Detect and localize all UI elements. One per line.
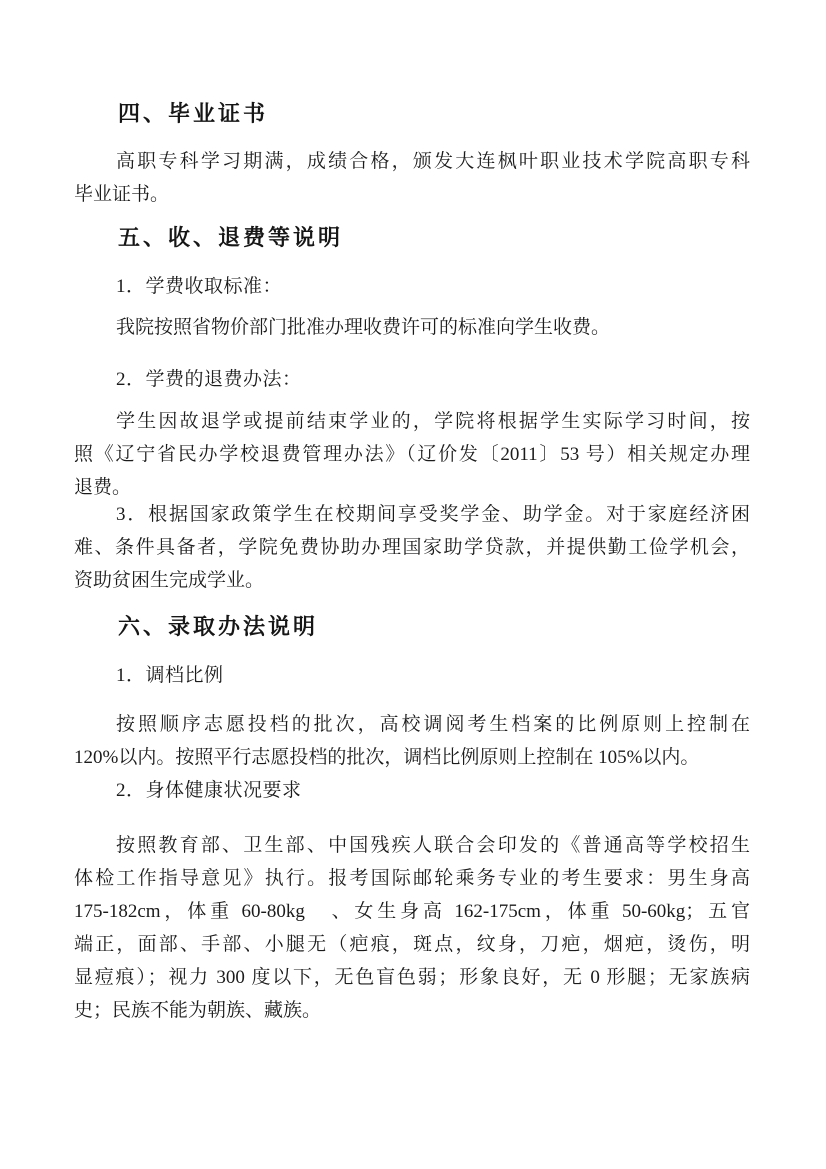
paragraph-line: 175-182cm，体重 60-80kg 、女生身高 162-175cm，体重 … (74, 895, 750, 928)
paragraph-line: 毕业证书。 (74, 178, 750, 211)
paragraph-line: 显痘痕）；视力 300 度以下，无色盲色弱；形象良好，无 0 形腿；无家族病 (74, 961, 750, 994)
paragraph-tuition-standard: 我院按照省物价部门批准办理收费许可的标准向学生收费。 (74, 311, 750, 344)
section-heading-graduation-certificate: 四、毕业证书 (74, 98, 750, 131)
paragraph-line: 按照顺序志愿投档的批次，高校调阅考生档案的比例原则上控制在 (74, 708, 750, 741)
paragraph-line: 照《辽宁省民办学校退费管理办法》（辽价发〔2011〕53 号）相关规定办理 (74, 438, 750, 471)
section-heading-admission: 六、录取办法说明 (74, 611, 750, 644)
paragraph-line: 资助贫困生完成学业。 (74, 564, 750, 597)
paragraph-line: 120%以内。按照平行志愿投档的批次，调档比例原则上控制在 105%以内。 (74, 741, 750, 774)
paragraph-line: 3．根据国家政策学生在校期间享受奖学金、助学金。对于家庭经济困 (74, 498, 750, 531)
paragraph-file-ratio: 按照顺序志愿投档的批次，高校调阅考生档案的比例原则上控制在 120%以内。按照平… (74, 708, 750, 774)
list-item-health-requirement: 2．身体健康状况要求 (74, 774, 750, 807)
paragraph-line: 端正，面部、手部、小腿无（疤痕，斑点，纹身，刀疤，烟疤，烫伤，明 (74, 928, 750, 961)
paragraph-graduation: 高职专科学习期满，成绩合格，颁发大连枫叶职业技术学院高职专科 毕业证书。 (74, 145, 750, 211)
paragraph-refund: 学生因故退学或提前结束学业的，学院将根据学生实际学习时间，按 照《辽宁省民办学校… (74, 405, 750, 504)
paragraph-line: 难、条件具备者，学院免费协助办理国家助学贷款，并提供勤工俭学机会， (74, 531, 750, 564)
paragraph-line: 按照教育部、卫生部、中国残疾人联合会印发的《普通高等学校招生 (74, 829, 750, 862)
section-heading-fees: 五、收、退费等说明 (74, 222, 750, 255)
paragraph-line: 高职专科学习期满，成绩合格，颁发大连枫叶职业技术学院高职专科 (74, 145, 750, 178)
list-item-tuition-standard: 1．学费收取标准： (74, 270, 750, 303)
paragraph-line: 我院按照省物价部门批准办理收费许可的标准向学生收费。 (74, 311, 750, 344)
paragraph-line: 学生因故退学或提前结束学业的，学院将根据学生实际学习时间，按 (74, 405, 750, 438)
list-item-refund-method: 2．学费的退费办法： (74, 363, 750, 396)
paragraph-scholarship: 3．根据国家政策学生在校期间享受奖学金、助学金。对于家庭经济困 难、条件具备者，… (74, 498, 750, 597)
paragraph-health-requirement: 按照教育部、卫生部、中国残疾人联合会印发的《普通高等学校招生 体检工作指导意见》… (74, 829, 750, 1027)
document-page: 四、毕业证书 高职专科学习期满，成绩合格，颁发大连枫叶职业技术学院高职专科 毕业… (0, 0, 826, 1169)
paragraph-line: 史；民族不能为朝族、藏族。 (74, 994, 750, 1027)
paragraph-line: 体检工作指导意见》执行。报考国际邮轮乘务专业的考生要求：男生身高 (74, 862, 750, 895)
list-item-file-ratio: 1．调档比例 (74, 659, 750, 692)
